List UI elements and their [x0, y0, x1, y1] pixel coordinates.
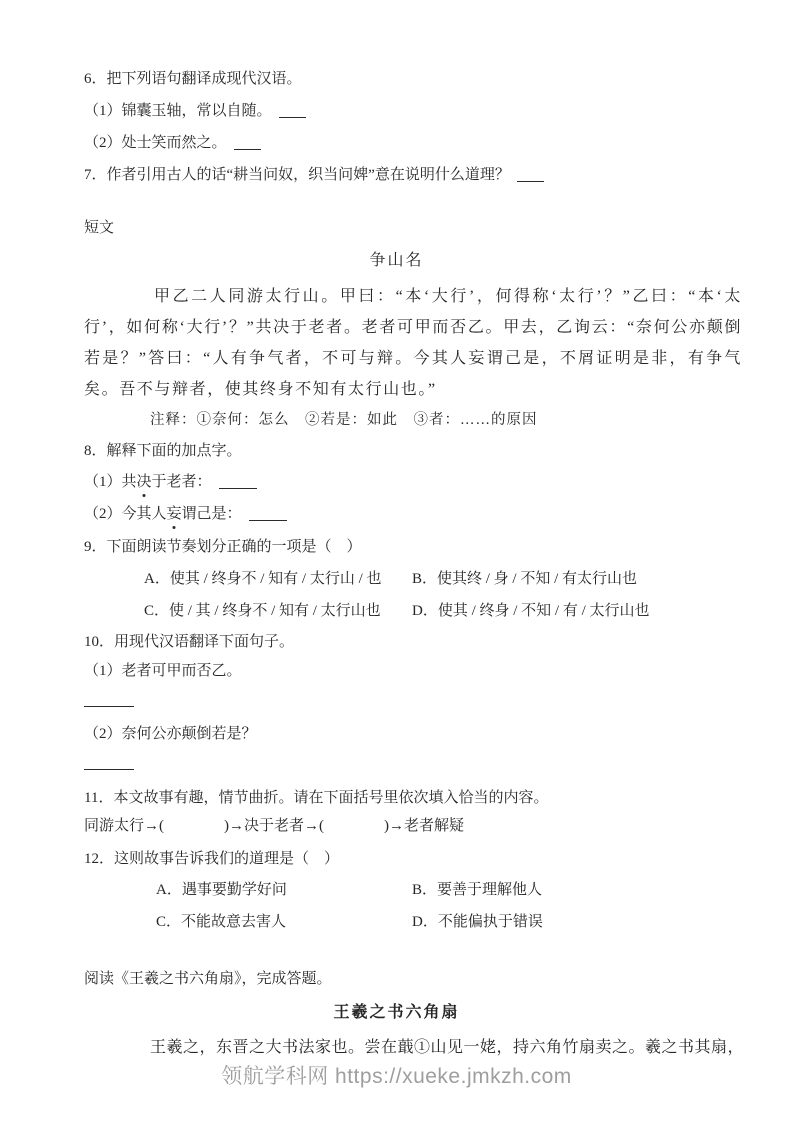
answer-blank-line	[84, 769, 134, 770]
question-12-option-b: B．要善于理解他人	[412, 879, 542, 901]
question-12-option-a: A．遇事要勤学好问	[156, 879, 287, 901]
answer-blank	[517, 169, 544, 182]
site-watermark: 领航学科网 https://xueke.jmkzh.com	[0, 1063, 793, 1091]
passage-notes: 注释：①奈何：怎么 ②若是：如此 ③者：……的原因	[150, 409, 538, 431]
answer-blank	[279, 105, 306, 118]
question-7-label: 7．作者引用古人的话“耕当问奴，织当问婢”意在说明什么道理？	[84, 164, 544, 186]
passage-title: 争山名	[0, 249, 793, 273]
question-9-option-a: A．使其 / 终身不 / 知有 / 太行山 / 也	[144, 568, 382, 590]
question-8-item-2-pre: （2）今其人	[84, 506, 167, 522]
answer-blank	[219, 476, 257, 489]
question-12-option-c: C．不能故意去害人	[156, 911, 286, 933]
question-10-label: 10．用现代汉语翻译下面句子。	[84, 631, 294, 653]
question-6-item-1: （1）锦囊玉轴，常以自随。	[84, 100, 306, 122]
question-11-flow-chart: 同游太行→( )→决于老者→( )→老者解疑	[84, 815, 464, 837]
question-12-label: 12．这则故事告诉我们的道理是（ ）	[84, 848, 339, 870]
passage-body: 甲乙二人同游太行山。甲曰：“本‘大行’，何得称‘太行’？”乙曰：“本‘太行’，如…	[84, 281, 742, 405]
emphasized-character: 妄	[167, 503, 182, 525]
question-8-item-2-post: 谓己是：	[182, 506, 242, 522]
question-6-item-2: （2）处士笑而然之。	[84, 132, 261, 154]
reading-passage-first-line: 王羲之，东晋之大书法家也。尝在蕺①山见一姥，持六角竹扇卖之。羲之书其扇，	[84, 1036, 744, 1060]
question-6-item-1-text: （1）锦囊玉轴，常以自随。	[84, 103, 272, 119]
answer-blank-line	[84, 706, 134, 707]
question-9-options-row-1: A．使其 / 终身不 / 知有 / 太行山 / 也 B．使其终 / 身 / 不知…	[0, 568, 793, 590]
exam-document-page: 6．把下列语句翻译成现代汉语。 （1）锦囊玉轴，常以自随。 （2）处士笑而然之。…	[0, 0, 793, 1122]
question-10-item-2: （2）奈何公亦颠倒若是？	[84, 723, 257, 745]
question-9-label: 9．下面朗读节奏划分正确的一项是（ ）	[84, 536, 362, 558]
question-8-item-2: （2）今其人妄谓己是：	[84, 503, 287, 525]
question-9-options-row-2: C．使 / 其 / 终身不 / 知有 / 太行山也 D．使其 / 终身 / 不知…	[0, 600, 793, 622]
passage-section-label: 短文	[84, 217, 114, 239]
reading-passage-title: 王羲之书六角扇	[0, 1001, 793, 1025]
question-8-item-1-post: 于老者：	[152, 474, 212, 490]
question-9-option-d: D．使其 / 终身 / 不知 / 有 / 太行山也	[412, 600, 650, 622]
answer-blank	[249, 508, 287, 521]
question-6-label: 6．把下列语句翻译成现代汉语。	[84, 68, 302, 90]
question-8-item-1: （1）共决于老者：	[84, 471, 257, 493]
question-12-options-row-1: A．遇事要勤学好问 B．要善于理解他人	[0, 879, 793, 901]
answer-blank	[234, 137, 261, 150]
question-7-text: 7．作者引用古人的话“耕当问奴，织当问婢”意在说明什么道理？	[84, 167, 510, 183]
question-8-label: 8．解释下面的加点字。	[84, 440, 242, 462]
question-8-item-1-pre: （1）共	[84, 474, 137, 490]
question-11-label: 11．本文故事有趣，情节曲折。请在下面括号里依次填入恰当的内容。	[84, 787, 548, 809]
question-6-item-2-text: （2）处士笑而然之。	[84, 135, 227, 151]
question-10-item-1: （1）老者可甲而否乙。	[84, 660, 242, 682]
question-12-options-row-2: C．不能故意去害人 D．不能偏执于错误	[0, 911, 793, 933]
reading-task-intro: 阅读《王羲之书六角扇》，完成答题。	[84, 968, 332, 990]
question-9-option-b: B．使其终 / 身 / 不知 / 有太行山也	[412, 568, 637, 590]
question-9-option-c: C．使 / 其 / 终身不 / 知有 / 太行山也	[144, 600, 381, 622]
emphasized-character: 决	[137, 471, 152, 493]
question-12-option-d: D．不能偏执于错误	[412, 911, 543, 933]
